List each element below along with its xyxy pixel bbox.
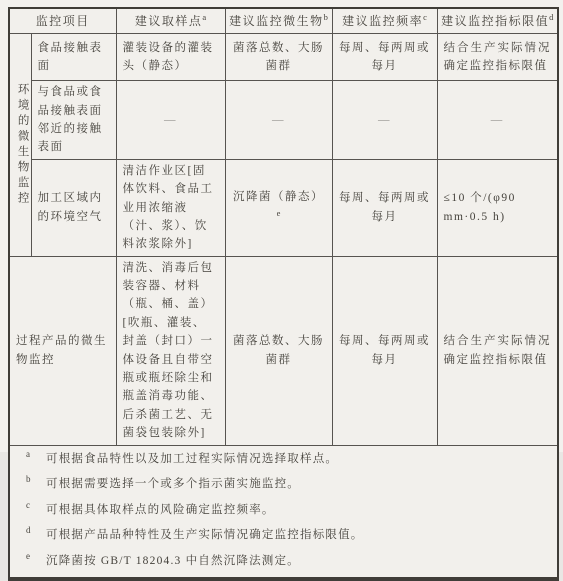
footnote-marker: a bbox=[26, 448, 46, 461]
footnote-text: 可根据产品品种特性及生产实际情况确定监控指标限值。 bbox=[46, 529, 364, 541]
footnote-d: d可根据产品品种特性及生产实际情况确定监控指标限值。 bbox=[26, 524, 551, 544]
header-sampling-point: 建议取样点a bbox=[116, 8, 225, 34]
header-superscript: b bbox=[324, 12, 328, 22]
microbe-superscript: e bbox=[277, 208, 281, 218]
header-label: 监控项目 bbox=[36, 14, 90, 28]
header-row: 监控项目 建议取样点a 建议监控微生物b 建议监控频率c 建议监控指标限值d bbox=[9, 8, 558, 34]
item-cell: 与食品或食品接触表面邻近的接触表面 bbox=[31, 81, 116, 160]
env-group-label: 环境的微生物监控 bbox=[16, 83, 29, 207]
table-row: 过程产品的微生物监控 清洗、消毒后包装容器、材料（瓶、桶、盖）[吹瓶、灌装、封盖… bbox=[9, 256, 558, 445]
footnote-marker: d bbox=[26, 524, 46, 537]
frequency-cell: 每周、每两周或每月 bbox=[332, 159, 437, 256]
scanned-document-page: 监控项目 建议取样点a 建议监控微生物b 建议监控频率c 建议监控指标限值d 环… bbox=[0, 0, 563, 452]
header-superscript: d bbox=[549, 12, 553, 22]
microbe-cell: 菌落总数、大肠菌群 bbox=[225, 34, 332, 81]
footnote-marker: c bbox=[26, 499, 46, 512]
process-group-label-cell: 过程产品的微生物监控 bbox=[9, 256, 116, 445]
header-superscript: a bbox=[202, 12, 206, 22]
microbe-text: 沉降菌（静态） bbox=[233, 191, 324, 203]
microbe-monitoring-table: 监控项目 建议取样点a 建议监控微生物b 建议监控频率c 建议监控指标限值d 环… bbox=[8, 7, 559, 581]
footnote-b: b可根据需要选择一个或多个指示菌实施监控。 bbox=[26, 473, 551, 493]
item-cell: 食品接触表面 bbox=[31, 34, 116, 81]
table-row: 与食品或食品接触表面邻近的接触表面 — — — — bbox=[9, 81, 558, 160]
footnotes-cell: a可根据食品特性以及加工过程实际情况选择取样点。 b可根据需要选择一个或多个指示… bbox=[9, 445, 558, 579]
header-label: 建议监控频率 bbox=[342, 14, 423, 28]
footnotes-row: a可根据食品特性以及加工过程实际情况选择取样点。 b可根据需要选择一个或多个指示… bbox=[9, 445, 558, 579]
table-row: 加工区域内的环境空气 清洁作业区[固体饮料、食品工业用浓缩液（汁、浆）、饮料浓浆… bbox=[9, 159, 558, 256]
header-monitoring-item: 监控项目 bbox=[9, 8, 116, 34]
limit-cell: 结合生产实际情况确定监控指标限值 bbox=[437, 34, 558, 81]
footnote-e: e沉降菌按 GB/T 18204.3 中自然沉降法测定。 bbox=[26, 550, 551, 570]
footnote-text: 可根据具体取样点的风险确定监控频率。 bbox=[46, 503, 275, 515]
footnote-marker: e bbox=[26, 550, 46, 563]
microbe-cell: 沉降菌（静态）e bbox=[225, 159, 332, 256]
sampling-cell: 清洁作业区[固体饮料、食品工业用浓缩液（汁、浆）、饮料浓浆除外] bbox=[116, 159, 225, 256]
frequency-cell: — bbox=[332, 81, 437, 160]
footnote-text: 可根据食品特性以及加工过程实际情况选择取样点。 bbox=[46, 452, 338, 464]
header-label: 建议监控微生物 bbox=[229, 14, 324, 28]
sampling-cell: — bbox=[116, 81, 225, 160]
limit-cell: ≤10 个/(φ90 mm·0.5 h) bbox=[437, 159, 558, 256]
limit-cell: — bbox=[437, 81, 558, 160]
microbe-cell: 菌落总数、大肠菌群 bbox=[225, 256, 332, 445]
microbe-cell: — bbox=[225, 81, 332, 160]
sampling-cell: 清洗、消毒后包装容器、材料（瓶、桶、盖）[吹瓶、灌装、封盖（封口）一体设备且自带… bbox=[116, 256, 225, 445]
sampling-cell: 灌装设备的灌装头（静态） bbox=[116, 34, 225, 81]
footnote-c: c可根据具体取样点的风险确定监控频率。 bbox=[26, 499, 551, 519]
item-cell: 加工区域内的环境空气 bbox=[31, 159, 116, 256]
footnote-marker: b bbox=[26, 473, 46, 486]
frequency-cell: 每周、每两周或每月 bbox=[332, 34, 437, 81]
header-monitoring-frequency: 建议监控频率c bbox=[332, 8, 437, 34]
limit-cell: 结合生产实际情况确定监控指标限值 bbox=[437, 256, 558, 445]
header-label: 建议取样点 bbox=[135, 14, 203, 28]
env-group-label-cell: 环境的微生物监控 bbox=[9, 34, 31, 257]
table-row: 环境的微生物监控 食品接触表面 灌装设备的灌装头（静态） 菌落总数、大肠菌群 每… bbox=[9, 34, 558, 81]
footnote-text: 可根据需要选择一个或多个指示菌实施监控。 bbox=[46, 478, 300, 490]
header-indicator-limit: 建议监控指标限值d bbox=[437, 8, 558, 34]
footnote-a: a可根据食品特性以及加工过程实际情况选择取样点。 bbox=[26, 448, 551, 468]
frequency-cell: 每周、每两周或每月 bbox=[332, 256, 437, 445]
header-superscript: c bbox=[423, 12, 427, 22]
footnote-text: 沉降菌按 GB/T 18204.3 中自然沉降法测定。 bbox=[46, 554, 300, 566]
header-label: 建议监控指标限值 bbox=[441, 14, 549, 28]
header-monitored-microbe: 建议监控微生物b bbox=[225, 8, 332, 34]
